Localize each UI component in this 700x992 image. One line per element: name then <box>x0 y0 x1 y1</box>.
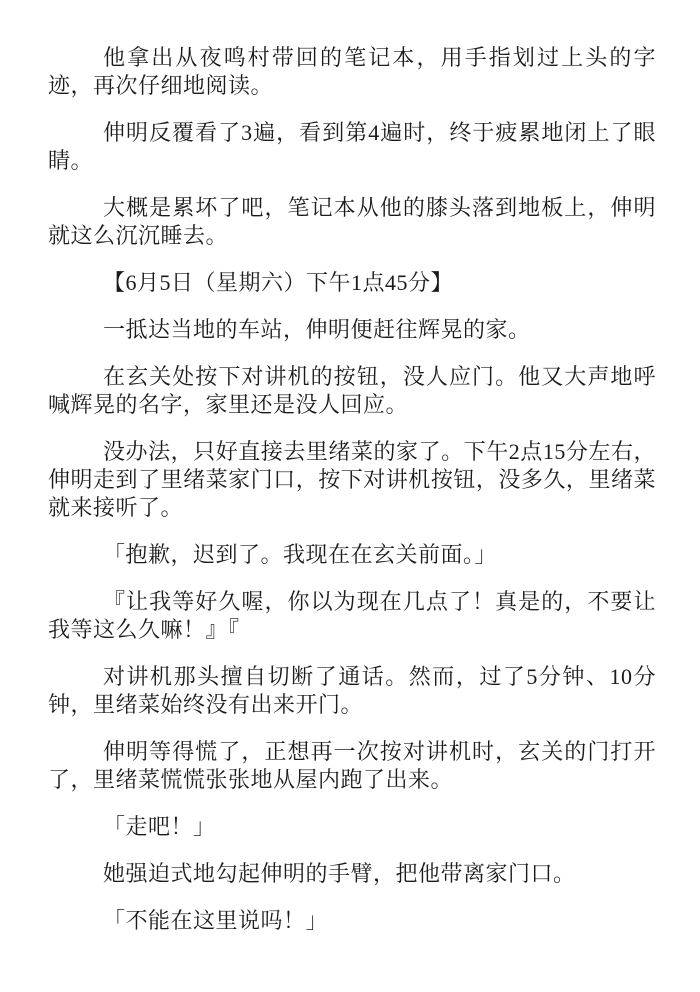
paragraph: 伸明等得慌了，正想再一次按对讲机时，玄关的门打开了，里绪菜慌慌张张地从屋内跑了出… <box>48 738 656 794</box>
text-body: 他拿出从夜鸣村带回的笔记本，用手指划过上头的字迹，再次仔细地阅读。伸明反覆看了3… <box>48 44 656 935</box>
paragraph: 她强迫式地勾起伸明的手臂，把他带离家门口。 <box>48 860 656 888</box>
paragraph: 「抱歉，迟到了。我现在在玄关前面。」 <box>48 541 656 569</box>
paragraph: 一抵达当地的车站，伸明便赶往辉晃的家。 <box>48 316 656 344</box>
paragraph: 在玄关处按下对讲机的按钮，没人应门。他又大声地呼喊辉晃的名字，家里还是没人回应。 <box>48 363 656 419</box>
paragraph: 「走吧！」 <box>48 813 656 841</box>
novel-page: 他拿出从夜鸣村带回的笔记本，用手指划过上头的字迹，再次仔细地阅读。伸明反覆看了3… <box>0 0 700 992</box>
paragraph: 『让我等好久喔，你以为现在几点了！真是的，不要让我等这么久嘛！』『 <box>48 588 656 644</box>
paragraph: 大概是累坏了吧，笔记本从他的膝头落到地板上，伸明就这么沉沉睡去。 <box>48 194 656 250</box>
paragraph: 他拿出从夜鸣村带回的笔记本，用手指划过上头的字迹，再次仔细地阅读。 <box>48 44 656 100</box>
paragraph: 【6月5日（星期六）下午1点45分】 <box>48 269 656 297</box>
paragraph: 没办法，只好直接去里绪菜的家了。下午2点15分左右，伸明走到了里绪菜家门口，按下… <box>48 438 656 522</box>
paragraph: 对讲机那头擅自切断了通话。然而，过了5分钟、10分钟，里绪菜始终没有出来开门。 <box>48 663 656 719</box>
paragraph: 伸明反覆看了3遍，看到第4遍时，终于疲累地闭上了眼睛。 <box>48 119 656 175</box>
paragraph: 「不能在这里说吗！」 <box>48 907 656 935</box>
